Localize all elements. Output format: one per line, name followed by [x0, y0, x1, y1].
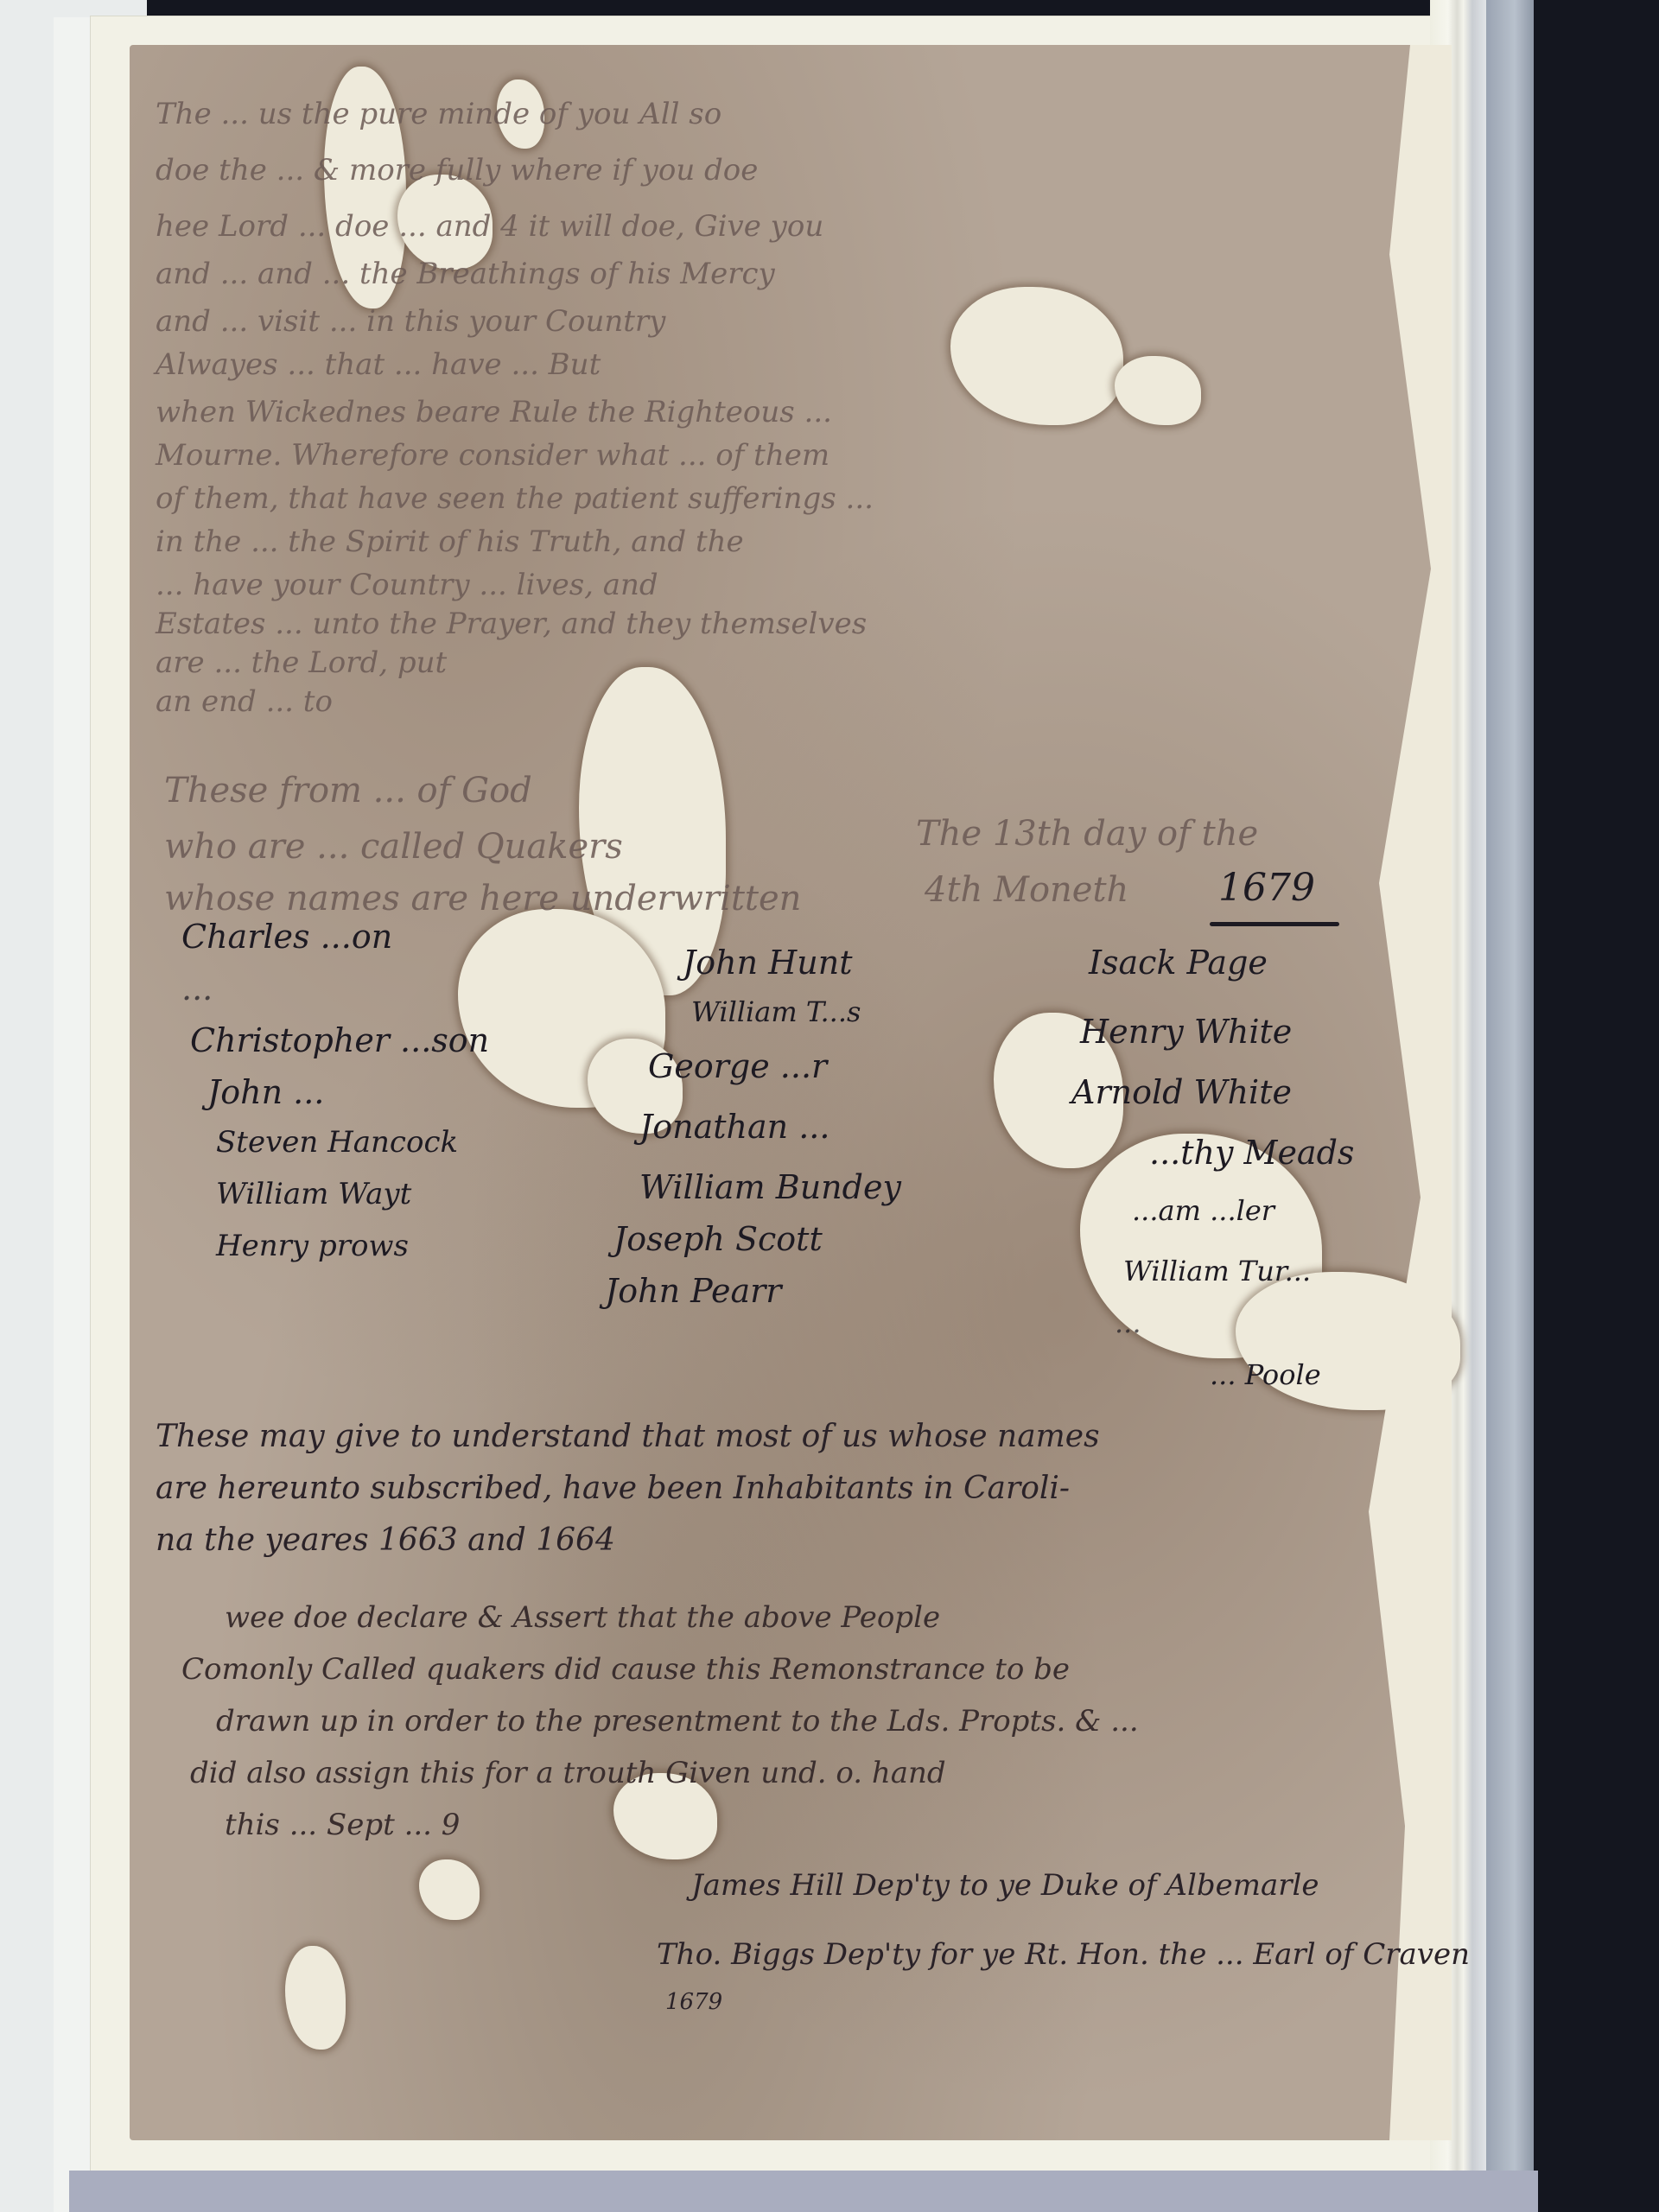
text-line: Alwayes ... that ... have ... But: [156, 347, 601, 382]
signature: Isack Page: [1089, 944, 1268, 982]
date-day: The 13th day of the: [916, 814, 1258, 854]
signature: Jonathan ...: [639, 1108, 829, 1146]
text-line: Estates ... unto the Prayer, and they th…: [156, 607, 867, 641]
text-line: are ... the Lord, put: [156, 645, 447, 680]
binder-edge: [1486, 0, 1534, 2212]
paper-damage: [419, 1859, 480, 1920]
text-line: drawn up in order to the presentment to …: [216, 1704, 1139, 1738]
text-line: wee doe declare & Assert that the above …: [225, 1600, 940, 1635]
text-line: The ... us the pure minde of you All so: [156, 97, 721, 131]
text-line: These from ... of God: [164, 771, 532, 810]
text-line: of them, that have seen the patient suff…: [156, 481, 874, 516]
signature: William Bundey: [639, 1168, 901, 1206]
folder-fold: [54, 17, 95, 2212]
date-month: 4th Moneth: [925, 870, 1128, 910]
signature: Joseph Scott: [613, 1220, 823, 1258]
date-year: 1679: [1218, 866, 1315, 910]
signature: ...: [1115, 1306, 1141, 1339]
signature: Arnold White: [1071, 1073, 1292, 1111]
text-line: ... have your Country ... lives, and: [156, 568, 658, 602]
signature: George ...r: [648, 1047, 827, 1085]
paper-damage: [285, 1946, 346, 2050]
signature: Charles ...on: [181, 918, 392, 956]
text-line: whose names are here underwritten: [164, 879, 801, 918]
text-line: na the yeares 1663 and 1664: [156, 1522, 615, 1558]
manuscript-page: The ... us the pure minde of you All so …: [130, 45, 1452, 2140]
text-line: Mourne. Wherefore consider what ... of t…: [156, 438, 829, 473]
signature: John ...: [207, 1073, 324, 1111]
signature: ...am ...ler: [1132, 1194, 1274, 1227]
lower-page-strip: [69, 2171, 1538, 2212]
signature: ... Poole: [1210, 1358, 1321, 1391]
text-line: These may give to understand that most o…: [156, 1419, 1100, 1454]
text-line: when Wickednes beare Rule the Righteous …: [156, 395, 832, 429]
official-date-mark: 1679: [665, 1989, 722, 2015]
paper-damage: [950, 287, 1123, 425]
signature: Henry prows: [216, 1229, 409, 1263]
signature: William T...s: [691, 995, 861, 1028]
text-line: did also assign this for a trouth Given …: [190, 1756, 946, 1790]
text-line: are hereunto subscribed, have been Inhab…: [156, 1471, 1070, 1506]
signature: Henry White: [1080, 1013, 1292, 1051]
text-line: hee Lord ... doe ... and 4 it will doe, …: [156, 209, 823, 244]
official-signature: Tho. Biggs Dep'ty for ye Rt. Hon. the ..…: [657, 1937, 1470, 1972]
official-signature: James Hill Dep'ty to ye Duke of Albemarl…: [691, 1868, 1319, 1903]
text-line: in the ... the Spirit of his Truth, and …: [156, 524, 744, 559]
paper-damage: [1115, 356, 1201, 425]
text-line: this ... Sept ... 9: [225, 1808, 460, 1842]
signature: John Hunt: [683, 944, 853, 982]
torn-right-edge: [1348, 45, 1452, 2140]
signature: Steven Hancock: [216, 1125, 458, 1160]
signature: William Tur...: [1123, 1255, 1311, 1287]
signature: William Wayt: [216, 1177, 411, 1211]
text-line: who are ... called Quakers: [164, 827, 623, 867]
signature: ...thy Meads: [1149, 1134, 1354, 1172]
text-line: an end ... to: [156, 684, 333, 719]
signature: John Pearr: [605, 1272, 781, 1310]
text-line: and ... and ... the Breathings of his Me…: [156, 257, 775, 291]
text-line: and ... visit ... in this your Country: [156, 304, 665, 339]
date-underline: [1210, 922, 1339, 926]
text-line: doe the ... & more fully where if you do…: [156, 153, 758, 188]
signature: ...: [181, 969, 213, 1007]
text-line: Comonly Called quakers did cause this Re…: [181, 1652, 1070, 1687]
signature: Christopher ...son: [190, 1021, 489, 1059]
